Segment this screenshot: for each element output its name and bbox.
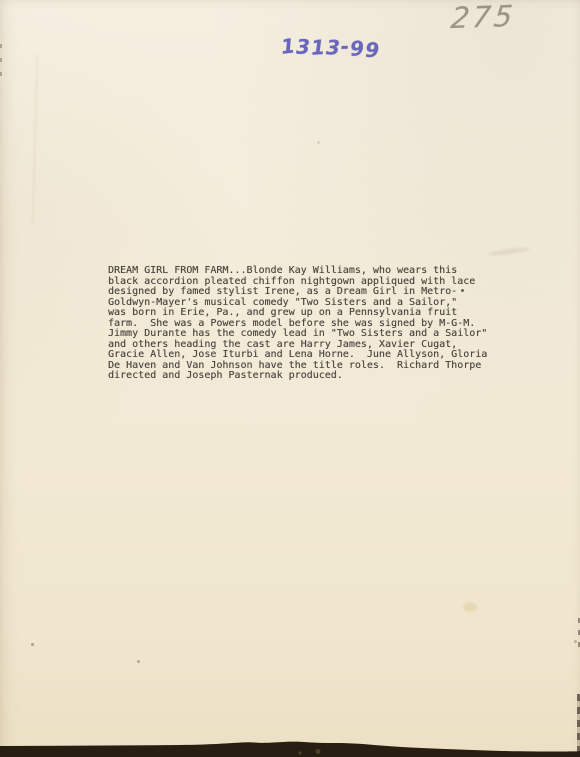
typed-caption: DREAM GIRL FROM FARM...Blonde Kay Willia…	[108, 266, 538, 382]
stamp-digit: 1	[310, 35, 326, 60]
stamp-digit: 3	[296, 35, 311, 59]
paper-crease	[32, 55, 38, 225]
stamp-digit: 3	[326, 35, 342, 59]
pencil-number: 275	[449, 0, 517, 35]
stamp-digit: 9	[349, 36, 366, 61]
stamp-digit: 9	[365, 38, 380, 62]
left-edge-marks	[0, 44, 2, 78]
stamp-digit: 1	[280, 33, 298, 59]
paper-smudge	[488, 246, 530, 257]
photo-verso-paper: 275 1313-99 DREAM GIRL FROM FARM...Blond…	[0, 0, 580, 757]
paper-stain	[463, 602, 477, 612]
stamp-number: 1313-99	[281, 32, 380, 59]
bottom-edge-band	[0, 732, 580, 757]
dust-specks	[461, 289, 464, 292]
